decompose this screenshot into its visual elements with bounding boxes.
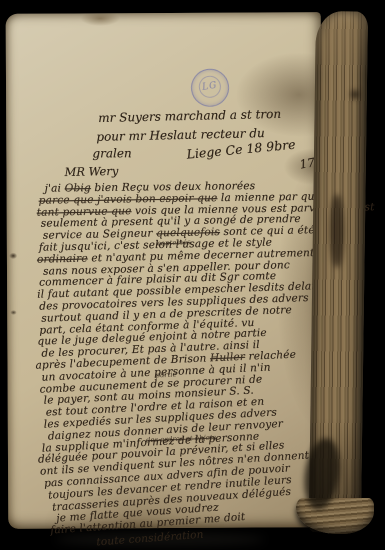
ink-stain [330,194,344,268]
interlinear-insertion: contestés [157,238,191,247]
interlinear-insertion: partie [155,371,177,380]
ink-stain [351,90,359,99]
handwritten-text: mr Suyers marchand a st tron pour mr Hes… [6,12,324,529]
struck-text: Obig [65,182,91,194]
line-text: relachée [245,349,297,363]
heading-salutation: MR Wery [64,164,118,179]
photo-background: LG mr Suyers marchand a st tron pour mr … [0,0,385,550]
body-lines: j'ai Obig bien Reçu vos deux honoréespar… [35,182,349,549]
line-text: j'ai [44,182,64,194]
manuscript-page: LG mr Suyers marchand a st tron pour mr … [6,12,324,529]
heading-addressee-line1: mr Suyers marchand a st tron [98,107,281,125]
heading-addressee-line3: gralen [92,146,131,160]
struck-text: ordinaire [37,252,88,265]
